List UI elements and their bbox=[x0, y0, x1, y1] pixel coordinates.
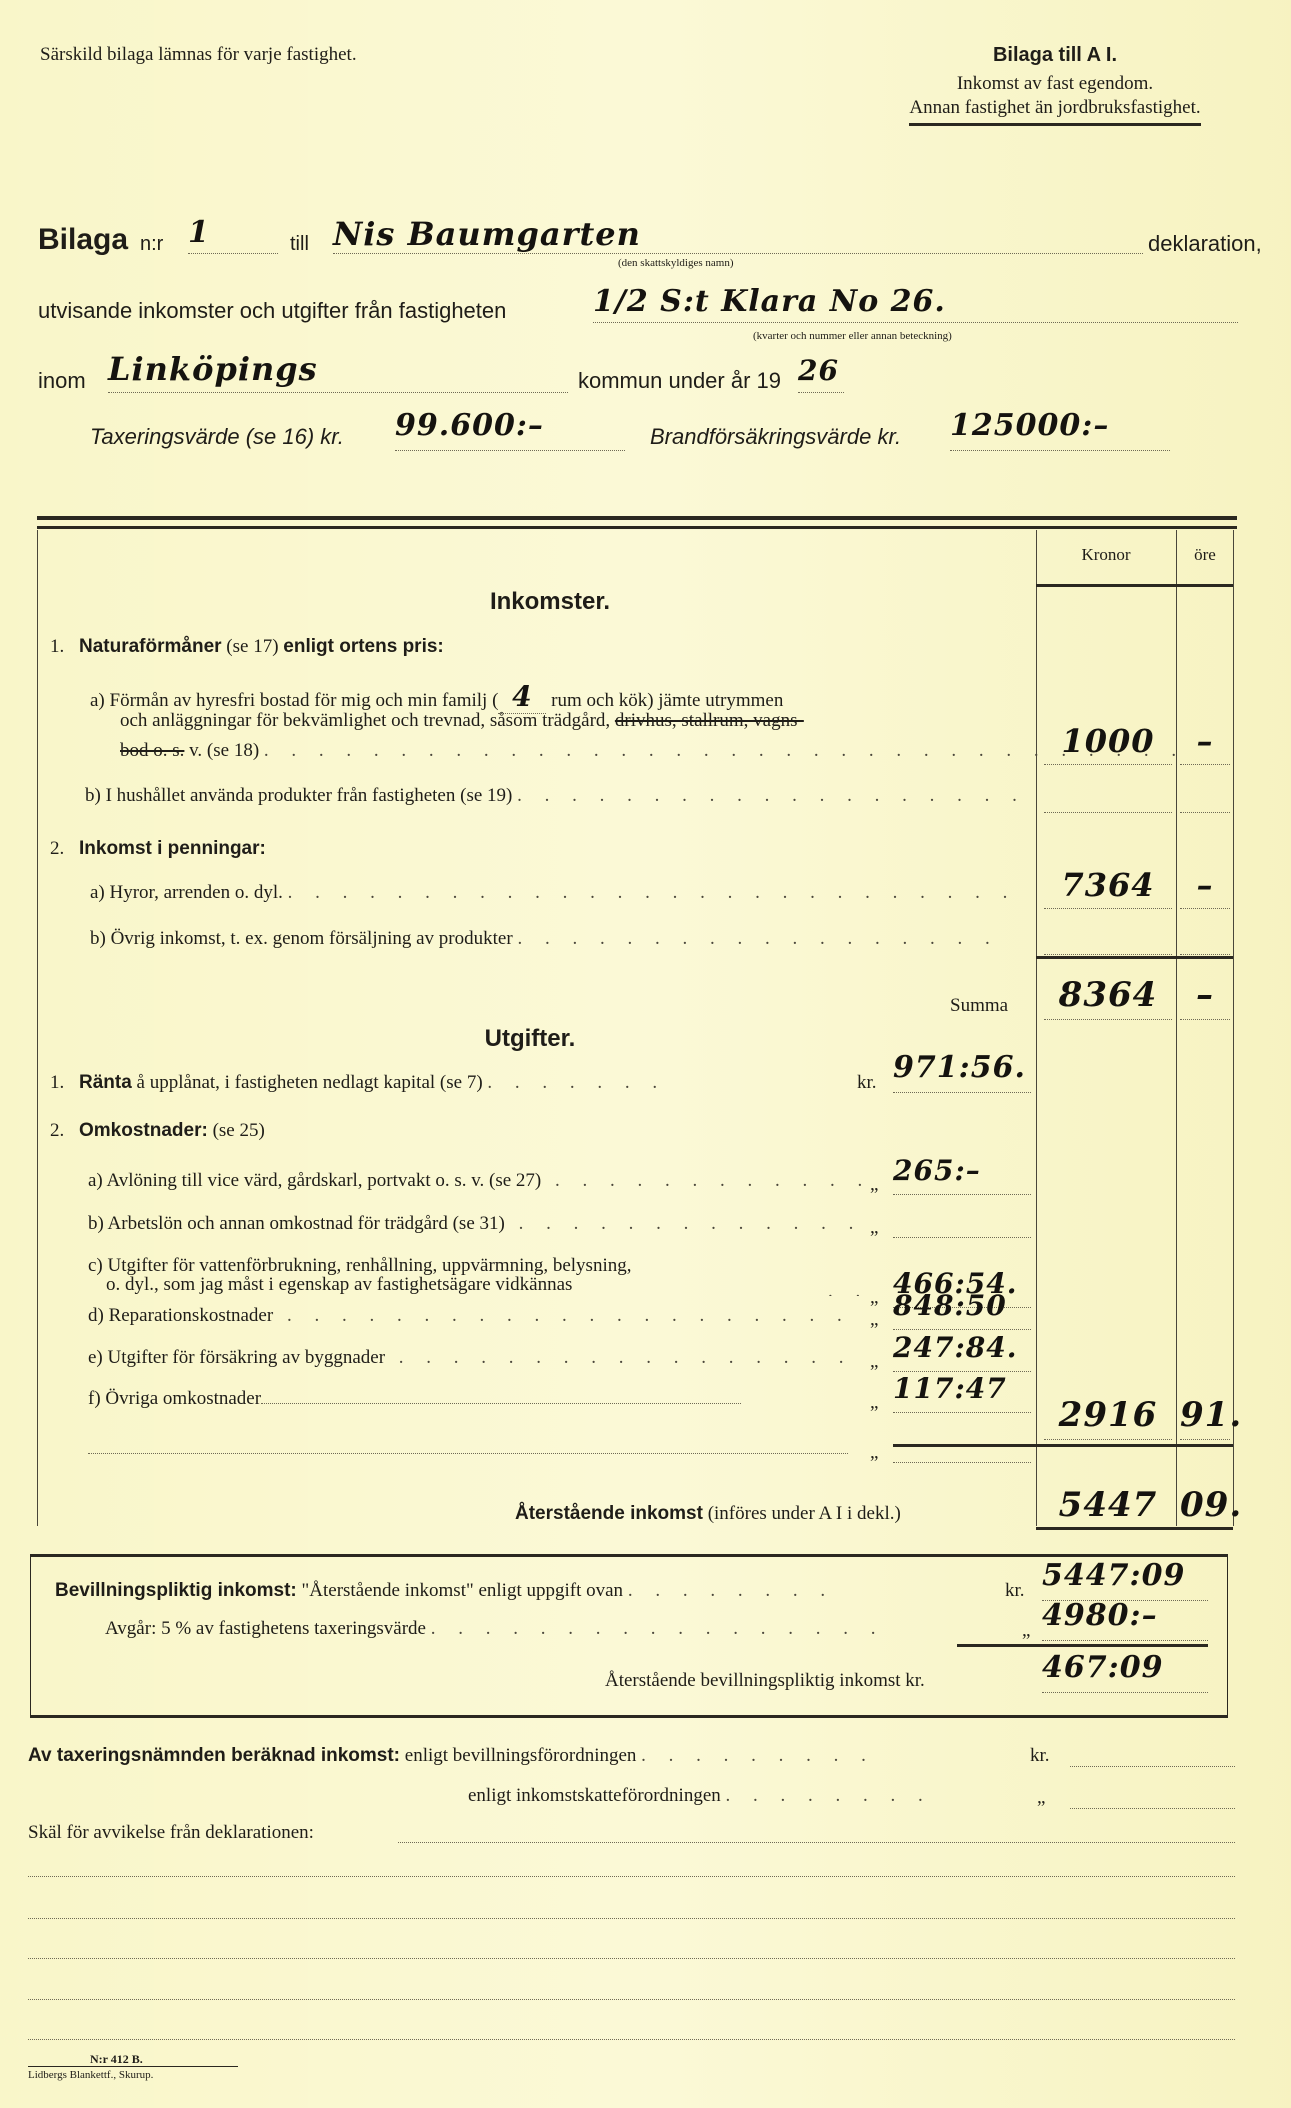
table-right-border bbox=[1233, 530, 1234, 1526]
rooms-field[interactable]: 4 bbox=[498, 680, 546, 714]
taxeringsvarde-label: Taxeringsvärde (se 16) kr. bbox=[90, 424, 344, 450]
remaining-ore[interactable]: 09. bbox=[1180, 1485, 1230, 1529]
section-title-2: Inkomst i penningar: bbox=[79, 838, 266, 859]
section-penningar: 2. Inkomst i penningar: bbox=[50, 838, 266, 860]
item-a-text-2: rum och kök) jämte utrymmen bbox=[551, 690, 783, 711]
taxering-value-1[interactable] bbox=[1070, 1750, 1235, 1767]
header-rule bbox=[1036, 584, 1233, 587]
value-line: Taxeringsvärde (se 16) kr. 99.600:– Bran… bbox=[90, 412, 1190, 458]
remaining-rule bbox=[1036, 1527, 1233, 1530]
taxeringsvarde-field[interactable]: 99.600:– bbox=[395, 408, 625, 451]
year-field[interactable]: 26 bbox=[798, 354, 844, 393]
printer-imprint: Lidbergs Blankettf., Skurup. bbox=[28, 2066, 238, 2081]
item-ranta: 1. Ränta å upplånat, i fastigheten nedla… bbox=[50, 1072, 666, 1094]
property-line: utvisande inkomster och utgifter från fa… bbox=[38, 290, 1238, 330]
item-b: b) I hushållet använda produkter från fa… bbox=[85, 785, 1025, 807]
item-ovrig-ore[interactable] bbox=[1180, 940, 1230, 955]
section-ref: (se 17) bbox=[226, 636, 278, 657]
cost-item-text: c) Utgifter för vattenförbrukning, renhå… bbox=[88, 1255, 631, 1276]
section-number-3: 1. bbox=[50, 1072, 64, 1093]
item-hyror-ore[interactable]: – bbox=[1180, 866, 1230, 909]
summa-rule bbox=[1036, 956, 1233, 959]
section-rule-2 bbox=[37, 526, 1237, 529]
taxering-line2: enligt inkomstskatteförordningen . . . .… bbox=[468, 1785, 932, 1807]
summa-label: Summa bbox=[950, 995, 1008, 1017]
cost-item-value[interactable] bbox=[893, 1197, 1031, 1238]
form-subtitle-2: Annan fastighet än jordbruksfastighet. bbox=[909, 97, 1200, 126]
item-a-text-3: och anläggningar för bekvämlighet och tr… bbox=[120, 710, 610, 731]
total-rule bbox=[893, 1444, 1233, 1447]
taxering-line1: Av taxeringsnämnden beräknad inkomst: en… bbox=[28, 1745, 875, 1767]
taxering-text-1: enligt bevillningsförordningen bbox=[405, 1745, 637, 1766]
section-number-4: 2. bbox=[50, 1120, 64, 1141]
remaining-label: Återstående inkomst bbox=[515, 1503, 703, 1524]
cost-item-value[interactable]: 848:50 bbox=[893, 1289, 1031, 1330]
property-caption: (kvarter och nummer eller annan beteckni… bbox=[753, 330, 952, 342]
item-a-text-4: v. (se 18) bbox=[189, 740, 259, 761]
summa-kronor[interactable]: 8364 bbox=[1044, 975, 1172, 1020]
summa-ore[interactable]: – bbox=[1180, 975, 1230, 1020]
item-b-text: b) I hushållet använda produkter från fa… bbox=[85, 785, 512, 806]
remaining-kronor[interactable]: 5447 bbox=[1044, 1485, 1172, 1529]
ranta-kr: kr. bbox=[857, 1072, 877, 1094]
item-ovrig: b) Övrig inkomst, t. ex. genom försäljni… bbox=[90, 928, 1030, 950]
utgifter-title: Utgifter. bbox=[0, 1025, 1060, 1053]
form-number: N:r 412 B. bbox=[90, 2052, 143, 2067]
bevillning-label: Bevillningspliktig inkomst: bbox=[55, 1580, 297, 1601]
ore-col-left bbox=[1176, 530, 1177, 1526]
reason-line-3[interactable] bbox=[28, 1954, 1235, 1959]
item-hyror-kronor[interactable]: 7364 bbox=[1044, 866, 1172, 909]
section-omkostnader: 2. Omkostnader: (se 25) bbox=[50, 1120, 265, 1142]
remaining-income-line: Återstående inkomst (införes under A I i… bbox=[515, 1503, 901, 1525]
item-ovrig-kronor[interactable] bbox=[1044, 940, 1172, 955]
taxering-value-2[interactable] bbox=[1070, 1792, 1235, 1809]
inkomster-title: Inkomster. bbox=[0, 588, 1100, 616]
skal-label: Skäl för avvikelse från deklarationen: bbox=[28, 1822, 314, 1844]
omkostnader-ref: (se 25) bbox=[213, 1120, 265, 1141]
taxering-text-2: enligt inkomstskatteförordningen bbox=[468, 1785, 721, 1806]
section-rule bbox=[37, 516, 1237, 520]
cost-item-text: e) Utgifter för försäkring av byggnader bbox=[88, 1347, 385, 1368]
ranta-title: Ränta bbox=[79, 1072, 132, 1093]
cost-item-value[interactable]: 265:– bbox=[893, 1154, 1031, 1195]
ditto-mark: „ bbox=[870, 1309, 878, 1331]
cost-item-text: b) Arbetslön och annan omkostnad för trä… bbox=[88, 1213, 505, 1234]
ranta-value[interactable]: 971:56. bbox=[893, 1050, 1031, 1093]
avgar-text: Avgår: 5 % av fastighetens taxeringsvärd… bbox=[105, 1618, 426, 1639]
bevillning-remaining-value[interactable]: 467:09 bbox=[1042, 1650, 1208, 1693]
inom-label: inom bbox=[38, 368, 86, 394]
avgar-mark: „ bbox=[1022, 1620, 1030, 1642]
nr-label: n:r bbox=[140, 233, 163, 256]
cost-item bbox=[88, 1438, 863, 1460]
nr-field[interactable]: 1 bbox=[188, 215, 278, 254]
bevillning-remaining-label: Återstående bevillningspliktig inkomst k… bbox=[605, 1670, 925, 1692]
bevillning-text: "Återstående inkomst" enligt uppgift ova… bbox=[302, 1580, 624, 1601]
ore-header: öre bbox=[1180, 545, 1230, 565]
brand-label: Brandförsäkringsvärde kr. bbox=[650, 424, 901, 450]
costs-total-ore[interactable]: 91. bbox=[1180, 1395, 1230, 1440]
section-title: Naturaförmåner bbox=[79, 636, 222, 657]
ditto-mark: „ bbox=[870, 1442, 878, 1464]
bilaga-label: Bilaga bbox=[38, 223, 128, 257]
taxering-kr: kr. bbox=[1030, 1745, 1050, 1767]
ditto-mark: „ bbox=[870, 1174, 878, 1196]
bevillning-kr: kr. bbox=[1005, 1580, 1025, 1602]
municipality-field[interactable]: Linköpings bbox=[108, 350, 568, 393]
section-number: 1. bbox=[50, 636, 64, 657]
cost-item-text: f) Övriga omkostnader bbox=[88, 1388, 261, 1409]
item-b-ore[interactable] bbox=[1180, 798, 1230, 813]
reason-line-2[interactable] bbox=[28, 1914, 1235, 1919]
remaining-note: (införes under A I i dekl.) bbox=[708, 1503, 901, 1524]
avgar-rule bbox=[957, 1644, 1208, 1647]
struck-text: drivhus, stallrum, vagns- bbox=[615, 710, 804, 731]
cost-item: a) Avlöning till vice värd, gårdskarl, p… bbox=[88, 1170, 863, 1192]
taxpayer-caption: (den skattskyldiges namn) bbox=[618, 257, 733, 269]
item-hyror: a) Hyror, arrenden o. dyl. . . . . . . .… bbox=[90, 882, 1030, 904]
bevillning-value[interactable]: 5447:09 bbox=[1042, 1558, 1208, 1601]
taxering-label: Av taxeringsnämnden beräknad inkomst: bbox=[28, 1745, 400, 1766]
reason-line-1[interactable] bbox=[28, 1872, 1235, 1877]
cost-item-text: d) Reparationskostnader bbox=[88, 1305, 273, 1326]
reason-line-4[interactable] bbox=[28, 1995, 1235, 2000]
header-note: Särskild bilaga lämnas för varje fastigh… bbox=[40, 44, 357, 66]
avgar-value[interactable]: 4980:– bbox=[1042, 1598, 1208, 1641]
cost-item-text: a) Avlöning till vice värd, gårdskarl, p… bbox=[88, 1170, 541, 1191]
section-rest: enligt ortens pris: bbox=[283, 636, 443, 657]
municipality-line: inom Linköpings kommun under år 19 26 bbox=[38, 358, 1238, 408]
item-a-line3: bod o. s. v. (se 18) . . . . . . . . . .… bbox=[120, 740, 1185, 762]
skal-field[interactable] bbox=[398, 1830, 1235, 1843]
ditto-mark: „ bbox=[870, 1287, 878, 1309]
item-ovrig-text: b) Övrig inkomst, t. ex. genom försäljni… bbox=[90, 928, 513, 949]
item-b-kronor[interactable] bbox=[1044, 798, 1172, 813]
form-subtitle: Inkomst av fast egendom. bbox=[865, 73, 1245, 95]
cost-item: d) Reparationskostnader . . . . . . . . … bbox=[88, 1305, 863, 1327]
item-a-line2: och anläggningar för bekvämlighet och tr… bbox=[120, 710, 804, 732]
brand-field[interactable]: 125000:– bbox=[950, 408, 1170, 451]
ditto-mark: „ bbox=[870, 1217, 878, 1239]
cost-item-value[interactable]: 117:47 bbox=[893, 1372, 1031, 1413]
cost-item-value[interactable]: 247:84. bbox=[893, 1331, 1031, 1372]
item-a-line1: a) Förmån av hyresfri bostad för mig och… bbox=[90, 680, 783, 714]
item-a-kronor[interactable]: 1000 bbox=[1044, 722, 1172, 765]
omkostnader-title: Omkostnader: bbox=[79, 1120, 208, 1141]
reason-line-5[interactable] bbox=[28, 2035, 1235, 2040]
ditto-mark: „ bbox=[870, 1351, 878, 1373]
property-field[interactable]: 1/2 S:t Klara No 26. bbox=[593, 284, 1238, 323]
ranta-text: å upplånat, i fastigheten nedlagt kapita… bbox=[137, 1072, 483, 1093]
avgar-line: Avgår: 5 % av fastighetens taxeringsvärd… bbox=[105, 1618, 884, 1640]
section-number-2: 2. bbox=[50, 838, 64, 859]
cost-item: e) Utgifter för försäkring av byggnader … bbox=[88, 1347, 863, 1369]
form-title: Bilaga till A I. bbox=[865, 44, 1245, 67]
cost-item-value[interactable] bbox=[893, 1422, 1031, 1463]
header-right: Bilaga till A I. Inkomst av fast egendom… bbox=[865, 44, 1245, 126]
taxering-mark: „ bbox=[1037, 1787, 1045, 1809]
property-label: utvisande inkomster och utgifter från fa… bbox=[38, 298, 506, 324]
ditto-mark: „ bbox=[870, 1392, 878, 1414]
cost-item: f) Övriga omkostnader bbox=[88, 1388, 863, 1410]
deklaration-label: deklaration, bbox=[1148, 231, 1262, 257]
taxpayer-name-field[interactable]: Nis Baumgarten bbox=[333, 215, 1143, 254]
section-naturaformaner: 1. Naturaförmåner (se 17) enligt ortens … bbox=[50, 636, 444, 658]
costs-total-kronor[interactable]: 2916 bbox=[1044, 1395, 1172, 1440]
till-label: till bbox=[290, 233, 309, 256]
kommun-label: kommun under år 19 bbox=[578, 368, 781, 394]
bilaga-line: Bilaga n:r 1 till Nis Baumgarten deklara… bbox=[38, 215, 1238, 255]
struck-text-2: bod o. s. bbox=[120, 740, 184, 761]
cost-item: c) Utgifter för vattenförbrukning, renhå… bbox=[88, 1255, 863, 1296]
item-a-ore[interactable]: – bbox=[1180, 722, 1230, 765]
cost-item-text-2: o. dyl., som jag måst i egenskap av fast… bbox=[106, 1274, 863, 1296]
cost-item: b) Arbetslön och annan omkostnad för trä… bbox=[88, 1213, 863, 1235]
kronor-header: Kronor bbox=[1040, 545, 1172, 565]
bevillning-line1: Bevillningspliktig inkomst: "Återstående… bbox=[55, 1580, 834, 1602]
item-hyror-text: a) Hyror, arrenden o. dyl. bbox=[90, 882, 283, 903]
item-a-text: a) Förmån av hyresfri bostad för mig och… bbox=[90, 690, 498, 711]
